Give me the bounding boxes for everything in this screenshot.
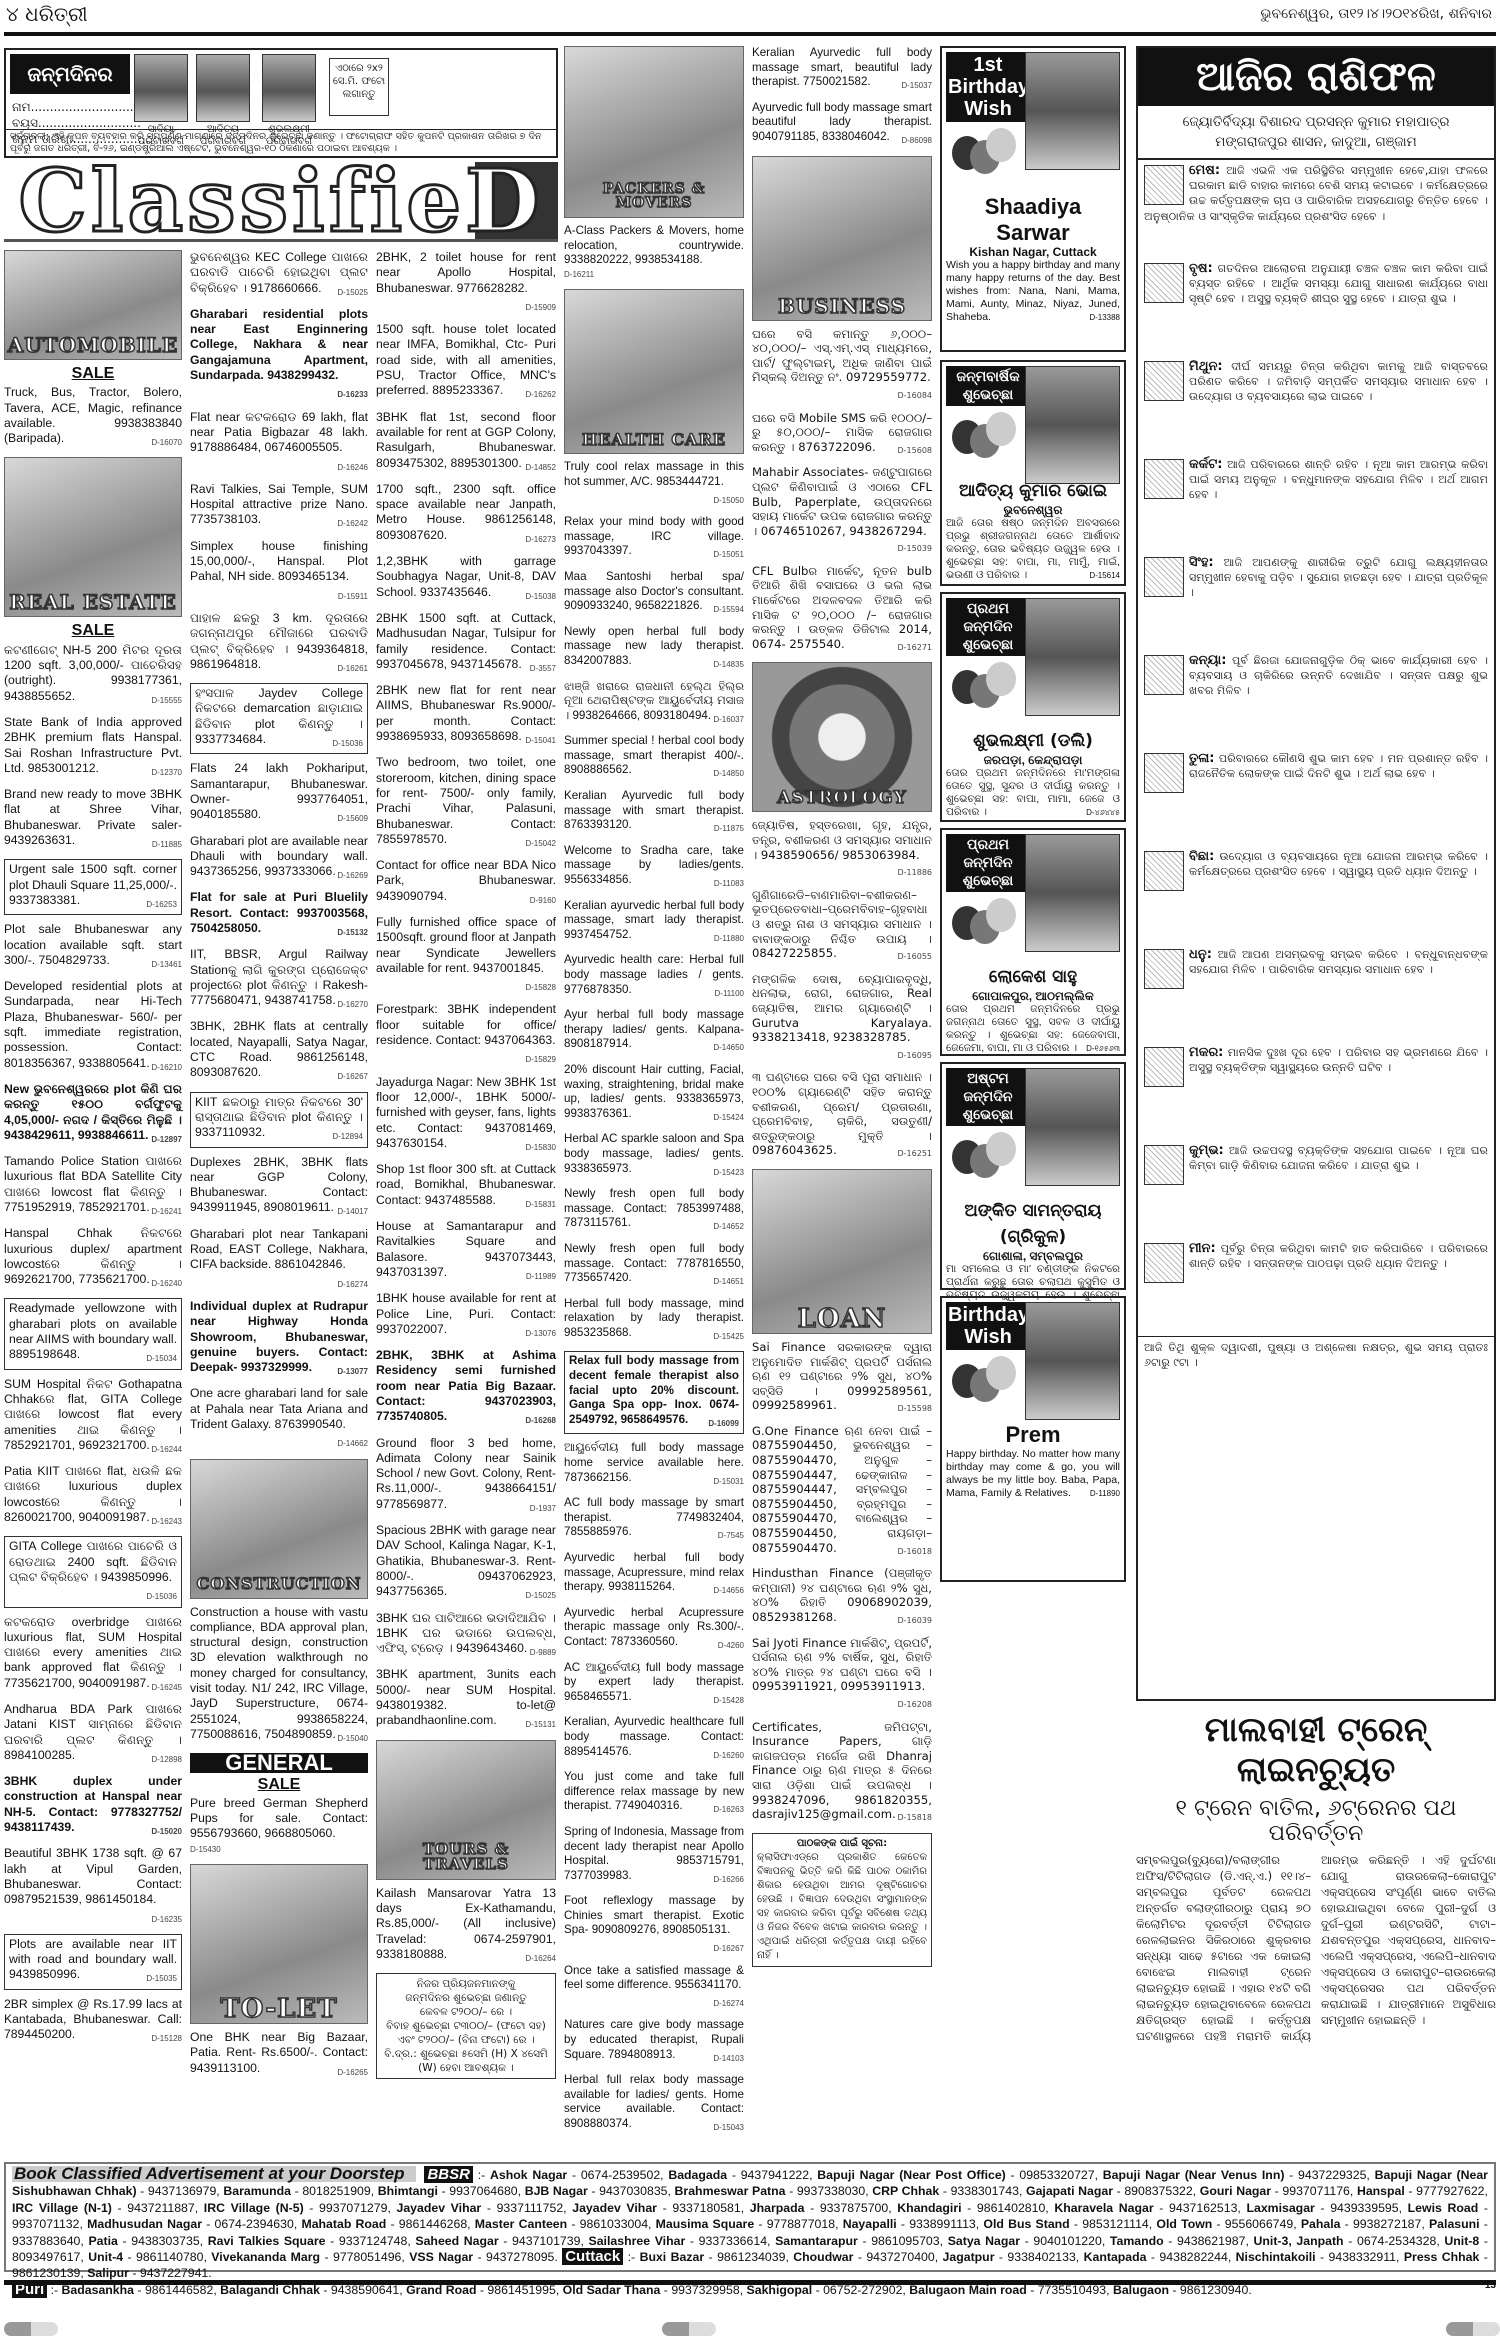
classified-ad: Hanspal Chhak ନିକଟରେ luxurious duplex/ a… (4, 1226, 182, 1291)
wish-tag: ଜନ୍ମବାର୍ଷିକ ଶୁଭେଚ୍ଛା (946, 366, 1030, 406)
classified-ad: Developed residential plots at Sundarpad… (4, 979, 182, 1075)
classified-ad: Patia KIIT ପାଖରେ flat, ଧଉଳି ଛକ ପାଖରେ lux… (4, 1464, 182, 1529)
classified-ad: Fully furnished office space of 1500sqft… (376, 915, 556, 995)
zodiac-icon (1144, 949, 1184, 989)
page-label: ୪ ଧରିତ୍ରୀ (6, 2, 88, 26)
real-estate-banner: REAL ESTATE (4, 457, 182, 617)
sale-heading: SALE (4, 366, 182, 381)
zodiac-sign-entry: ମୀନ: ପୂର୍ବରୁ ଚିନ୍ତା କରିଥିବା କାମଟି ହାତ କର… (1138, 1238, 1494, 1336)
classified-ad: Hindusthan Finance (ପଞ୍ଜୀକୃତ କମ୍ପାନୀ) ୨୪… (752, 1566, 932, 1628)
birthday-wish-card: ପ୍ରଥମ ଜନ୍ମଦିନ ଶୁଭେଚ୍ଛାଲୋକେଶ ସାହୁଗୋପାଳପୁର… (940, 828, 1126, 1056)
sign-name: କର୍କଟ: (1189, 457, 1222, 472)
child-photo (1025, 366, 1120, 484)
classified-masthead: ClassifieD (4, 162, 558, 242)
zodiac-sign-entry: ମିଥୁନ: ଦୀର୍ଘ ସମୟରୁ ଚିନ୍ତା କରିଥିବା କାମକୁ … (1138, 356, 1494, 454)
scroll-indicator[interactable] (662, 2322, 716, 2336)
horoscope-box: ଆଜିର ରାଶିଫଳ ଜ୍ୟୋତିର୍ବିଦ୍ୟା ବିଶାରଦ ପ୍ରସନ୍… (1136, 46, 1496, 1701)
classified-ad: କଟଣୀଗେଟ୍ NH-5 200 ମିଟର ଦୂରତା 1200 sqft. … (4, 643, 182, 708)
notice-line: ଜନ୍ମଦିନର ଶୁଭେଚ୍ଛା ଜଣାନ୍ତୁ (381, 1991, 551, 2005)
classified-ad: Herbal AC sparkle saloon and Spa body ma… (564, 1132, 744, 1180)
zodiac-sign-entry: ତୁଳା: ପରିବାରରେ କୌଣସି ଶୁଭ କାମ ହେବ । ମନ ପ୍… (1138, 748, 1494, 846)
classified-ad: Certificates, ଜମିପଟ୍ଟା, Insurance Papers… (752, 1720, 932, 1826)
scroll-indicator[interactable] (4, 2322, 58, 2336)
classified-ad: 2BHK 1500 sqft. at Cuttack, Madhusudan N… (376, 611, 556, 676)
balloons-icon (952, 412, 1022, 472)
classified-ad: Plots are available near IIT with road a… (4, 1934, 182, 1990)
classified-ad: 20% discount Hair cutting, Facial, waxin… (564, 1063, 744, 1125)
sign-name: ସିଂହ: (1189, 555, 1214, 570)
notice-line: ଏବଂ ଟ୨୦୦/– (ବିନା ଫଟୋ) ରେ । (381, 2033, 551, 2047)
wish-tag: ପ୍ରଥମ ଜନ୍ମଦିନ ଶୁଭେଚ୍ଛା (946, 598, 1030, 656)
sign-name: ମକର: (1189, 1045, 1223, 1060)
classified-ad: New ଭୁବନେଶ୍ୱରରେ plot କିଣି ଘର କରନ୍ତୁ ୧୫୦୦… (4, 1082, 182, 1147)
zodiac-sign-entry: ମେଷ: ଆଜି ଏଭଳି ଏକ ପରିସ୍ଥିତିର ସମ୍ମୁଖୀନ ହେବ… (1138, 160, 1494, 258)
sign-name: ମୀନ: (1189, 1241, 1216, 1256)
classified-ad: କଟକରୋଡ overbridge ପାଖରେ luxurious flat, … (4, 1615, 182, 1695)
ad-list: Sai Finance ସରକାରଙ୍କ ଦ୍ୱାରା ଅନୁମୋଦିତ ମାର… (752, 1340, 932, 1826)
classified-ad: Spring of Indonesia, Massage from decent… (564, 1825, 744, 1887)
child-place: Kishan Nagar, Cuttack (946, 246, 1120, 259)
wish-message: Wish you a happy birthday and many many … (946, 259, 1120, 324)
classified-ad: 3BHK duplex under construction at Hanspa… (4, 1774, 182, 1839)
classified-ad: 1700 sqft., 2300 sqft. office space avai… (376, 482, 556, 547)
classified-ad: Foot reflexlogy massage by Chinies smart… (564, 1894, 744, 1956)
construction-banner: CONSTRUCTION (190, 1459, 368, 1599)
sale-heading: SALE (4, 623, 182, 638)
birthday-coupon: ଜନ୍ମଦିନର ଶୁଭେଚ୍ଛା ନାମ...................… (4, 48, 558, 158)
zodiac-icon (1144, 459, 1184, 499)
sign-text: ଆଜି ଉଚ୍ଚପଦସ୍ଥ ବ୍ୟକ୍ତିଙ୍କ ସହଯୋଗ ପାଇବେ । ନ… (1189, 1144, 1488, 1172)
wish-message: Happy birthday. No matter how many birth… (946, 1448, 1120, 1500)
tours-travels-banner: TOURS & TRAVELS (376, 1740, 556, 1880)
classified-ad: A-Class Packers & Movers, home relocatio… (564, 224, 744, 282)
classified-ad: 2BHK new flat for rent near AIIMS, Bhuba… (376, 683, 556, 748)
classified-ad: 3BHK ଘର ପାଟିଆରେ ଭଡାଦିଆଯିବ । 1BHK ଘର ଭଡାର… (376, 1611, 556, 1661)
classified-ad: ମଙ୍ଗଳିକ ଦୋଷ, ବ୍ୟୋପାରବୃଦ୍ଧି, ଧନଲାଭ, ରୋଗ, … (752, 972, 932, 1064)
zodiac-sign-entry: କନ୍ୟା: ପୂର୍ବ ଛିରଜା ଯୋଜନାଗୁଡ଼ିକ ଠିକ୍ ଭାବେ… (1138, 650, 1494, 748)
classified-ad: Readymade yellowzone with gharabari plot… (4, 1298, 182, 1369)
classified-ad: AC full body massage by smart therapist.… (564, 1496, 744, 1544)
news-headline: ମାଲବାହୀ ଟ୍ରେନ୍ ଲାଇନଚ୍ୟୁତ (1136, 1710, 1496, 1790)
classified-ad: Natures care give body massage by educat… (564, 2018, 744, 2066)
zodiac-sign-entry: ବୃଷ: ଗତଦିନର ଆଲୋଚନା ଅନୁଯାୟୀ ଚଞ୍ଚଳ ଚଞ୍ଚଳ କ… (1138, 258, 1494, 356)
child-place: ଭୁବନେଶ୍ୱର (946, 504, 1120, 517)
zodiac-icon (1144, 1145, 1184, 1185)
child-name: Prem (946, 1422, 1120, 1448)
wish-tag: Birthday Wish (946, 1302, 1030, 1350)
classified-ad: ୩ ଘଣ୍ଟାରେ ଘରେ ବସି ପୂରା ସମାଧାନ । ୧୦୦% ଗ୍ୟ… (752, 1070, 932, 1162)
book-classified-label: Book Classified Advertisement at your Do… (12, 2166, 416, 2182)
classified-ad: Two bedroom, two toilet, one storeroom, … (376, 755, 556, 851)
child-place: ଗୋଶାଳା, ସମ୍ବଲପୁର (946, 1250, 1120, 1263)
packers-movers-banner: PACKERS & MOVERS (564, 46, 744, 218)
to-let-banner: TO-LET (190, 1864, 368, 2024)
booking-centres: Book Classified Advertisement at your Do… (4, 2162, 1496, 2272)
child-name: Shaadiya Sarwar (946, 194, 1120, 246)
ad-list: କଟଣୀଗେଟ୍ NH-5 200 ମିଟର ଦୂରତା 1200 sqft. … (4, 643, 182, 2047)
sign-name: ବୃଷ: (1189, 261, 1213, 276)
ad-list: Keralian Ayurvedic full body massage sma… (752, 46, 932, 149)
column-5: Keralian Ayurvedic full body massage sma… (752, 46, 932, 1967)
classified-ad: Gharabari residential plots near East En… (190, 307, 368, 403)
zodiac-icon (1144, 1047, 1184, 1087)
sign-text: ଉଦ୍ୟୋଗ ଓ ବ୍ୟବସାୟରେ ନୂଆ ଯୋଜନା ଆରମ୍ଭ କରିବେ… (1189, 850, 1488, 878)
business-banner: BUSINESS (752, 156, 932, 321)
city-label-cuttack: Cuttack (562, 2248, 623, 2265)
column-4: PACKERS & MOVERS A-Class Packers & Mover… (564, 46, 744, 2143)
classified-ad: Herbal full relax body massage available… (564, 2073, 744, 2135)
classified-ad: Keralian Ayurvedic full body massage sma… (752, 46, 932, 94)
dateline: ଭୁବନେଶ୍ୱର, ତା୧୨।୪।୨୦୧୪ରିଖ, ଶନିବାର (1261, 6, 1492, 22)
zodiac-sign-entry: ବିଛା: ଉଦ୍ୟୋଗ ଓ ବ୍ୟବସାୟରେ ନୂଆ ଯୋଜନା ଆରମ୍ଭ… (1138, 846, 1494, 944)
ad-list: ଜ୍ୟୋତିଷ, ହସ୍ତରେଖା, ଗୃହ, ଯନ୍ତ୍ର, ତନ୍ତ୍ର, … (752, 818, 932, 1161)
classified-ad: GITA College ପାଖରେ ପାଚେରି ଓ ରୋଡଥାଇ 2400 … (4, 1536, 182, 1607)
notice-line: ବି.ଦ୍ର.: ଶୁଭେଚ୍ଛା ୫ସେମି (H) X ୪ସେମି (381, 2047, 551, 2061)
coupon-title: ଜନ୍ମଦିନର ଶୁଭେଚ୍ଛା (10, 54, 130, 94)
classified-ad: Truck, Bus, Tractor, Bolero, Tavera, ACE… (4, 385, 182, 450)
classified-ad: State Bank of India approved 2BHK premiu… (4, 715, 182, 780)
classified-ad: Individual duplex at Rudrapur near Highw… (190, 1299, 368, 1379)
zodiac-icon (1144, 753, 1184, 793)
zodiac-icon (1144, 557, 1184, 597)
wish-message: ଆଜି ତୋର ଷଷ୍ଠ ଜନ୍ମଦିନ ଅବସରରେ ପ୍ରଭୁ ଶ୍ରୀଜଗ… (946, 517, 1120, 582)
kid-photo (134, 54, 188, 122)
child-name: ଲୋକେଶ ସାହୁ (946, 964, 1120, 990)
classified-ad: Newly open herbal full body massage new … (564, 625, 744, 673)
classified-ad: You just come and take full difference r… (564, 1770, 744, 1818)
classified-ad: 1500 sqft. house tolet located near IMFA… (376, 322, 556, 402)
classified-ad: Keralian, Ayurvedic healthcare full body… (564, 1715, 744, 1763)
classified-ad: ଆୟୁର୍ବେଦୀୟ full body massage home servic… (564, 1441, 744, 1489)
wish-message: ତୋର ପ୍ରଥମ ଜନ୍ମଦିନରେ ମା'ମଙ୍ଗଳା ତୋତେ ସୁସ୍ଥ… (946, 767, 1120, 819)
classified-ad: Brand new ready to move 3BHK flat at Shr… (4, 787, 182, 852)
classified-ad: Shop 1st floor 300 sft. at Cuttack road,… (376, 1162, 556, 1212)
balloons-icon (952, 898, 1022, 958)
classified-ad: Gharabari plot near Tankapani Road, EAST… (190, 1227, 368, 1292)
general-heading: GENERAL (190, 1753, 368, 1772)
classified-ad: Keralian Ayurvedic full body massage wit… (564, 789, 744, 837)
news-body: ସମ୍ବଲପୁର(ବ୍ୟୁରୋ)/ବଲାଙ୍ଗୀର ଅଫିସ/ଟିଟିଲାଗଡ … (1136, 1852, 1496, 2044)
ad-list: ଘରେ ବସି କମାନ୍ତୁ ୬,୦୦୦– ୪୦,୦୦୦/– ଏସ୍.ଏମ୍.… (752, 327, 932, 656)
automobile-banner: AUTOMOBILE (4, 250, 182, 360)
ad-list: ଭୁବନେଶ୍ୱର KEC College ପାଖରେ ଘରବାଡି ପାଚେର… (190, 250, 368, 1452)
classified-ad: ପାହାଳ ଛକରୁ 3 km. ଦୂରତାରେ ଜଗନ୍ନାଥପୁର ମୌଜା… (190, 611, 368, 676)
classified-ad: AC ଆୟୁର୍ବେଦୀୟ full body massage by exper… (564, 1661, 744, 1709)
notice-line: କେବଳ ଟ୨୦୦/– ରେ । (381, 2005, 551, 2019)
classified-ad: Pure breed German Shepherd Pups for sale… (190, 1796, 368, 1857)
zodiac-sign-entry: କର୍କଟ: ଆଜି ପରିବାରରେ ଶାନ୍ତି ରହିବ । ନୂଆ କା… (1138, 454, 1494, 552)
ad-list: Truly cool relax massage in this hot sum… (564, 460, 744, 2135)
zodiac-icon (1144, 1243, 1184, 1283)
classified-ad: 2BHK, 3BHK at Ashima Residency semi furn… (376, 1348, 556, 1428)
classified-ad: ଘରେ ବସି Mobile SMS କରି ୧୦୦୦/– ରୁ ୫୦,୦୦୦/… (752, 411, 932, 459)
zodiac-sign-entry: ମକର: ମାନସିକ ଦୁଃଖ ଦୂର ହେବ । ପରିବାର ସହ ଭ୍ର… (1138, 1042, 1494, 1140)
classified-ad: Jayadurga Nagar: New 3BHK 1st floor 12,0… (376, 1075, 556, 1155)
classified-ad: Flat for sale at Puri Bluelily Resort. C… (190, 890, 368, 940)
classified-ad: Ground floor 3 bed home, Adimata Colony … (376, 1436, 556, 1516)
sign-text: ଆଜି ଆପଣଙ୍କୁ ଶାରୀରିକ ତ୍ରୁଟି ଯୋଗୁ ଲକ୍ଷ୍ୟହୀ… (1189, 556, 1488, 599)
photo-placeholder: ଏଠାରେ ୨x୨ ସେ.ମି. ଫଟୋ ଲଗାନ୍ତୁ (329, 58, 389, 116)
classified-ad: 1BHK house available for rent at Police … (376, 1291, 556, 1341)
classified-ad: KIIT ଛକଠାରୁ ମାତ୍ର ନିକଟରେ 30' ରାସ୍ତାଥାଇ ଛ… (190, 1092, 368, 1148)
sign-text: ଦୀର୍ଘ ସମୟରୁ ଚିନ୍ତା କରିଥିବା କାମକୁ ଆଜି ବାସ… (1189, 360, 1488, 403)
classified-ad: Contact for office near BDA Nico Park, B… (376, 858, 556, 908)
classified-ad: Simplex house finishing 15,00,000/-, Han… (190, 539, 368, 604)
ad-list: 2BHK, 2 toilet house for rent near Apoll… (376, 250, 556, 1733)
classified-ad: Ayur herbal full body massage therapy la… (564, 1008, 744, 1056)
balloons-icon (952, 1132, 1022, 1192)
classified-ad: G.One Finance ଋଣ ନେବା ପାଇଁ – 08755904450… (752, 1424, 932, 1559)
footer-rule (4, 2280, 1496, 2285)
wish-tag: 1st Birthday Wish (946, 52, 1030, 122)
classified-ad: ଭୁବନେଶ୍ୱର KEC College ପାଖରେ ଘରବାଡି ପାଚେର… (190, 250, 368, 300)
classified-ad: Forestpark: 3BHK independent floor suita… (376, 1002, 556, 1067)
astrology-banner: ASTROLOGY (752, 662, 932, 812)
classified-ad: SUM Hospital ନିକଟ Gothapatna Chhakରେ fla… (4, 1377, 182, 1457)
birthday-wish-card: Birthday WishPremHappy birthday. No matt… (940, 1296, 1126, 1582)
classified-ad: Flat near କଟକରୋଡ 69 lakh, flat near Pati… (190, 410, 368, 475)
classified-ad: House at Samantarapur and Ravitalkies Sq… (376, 1219, 556, 1284)
classified-ad: Ravi Talkies, Sai Temple, SUM Hospital a… (190, 482, 368, 532)
sign-name: ବିଛା: (1189, 849, 1214, 864)
classified-ad: 3BHK apartment, 3units each 5000/- near … (376, 1667, 556, 1732)
classified-ad: Sai Jyoti Finance ମାର୍କଶିଟ୍, ପ୍ରପର୍ଟି, ପ… (752, 1636, 932, 1713)
classified-ad: Newly fresh open full body massage. Cont… (564, 1187, 744, 1235)
child-name: ଅଙ୍କିତ ସାମନ୍ତରାୟ (ଗ୍ରିକୁଳ) (946, 1198, 1120, 1250)
classified-ad: ଗୁଣିଗାରେଡି–ବାଣମାରିବା–ବଶୀକରଣ–ଭୂତପ୍ରେତବାଧା… (752, 888, 932, 965)
classified-ad: Flats 24 lakh Pokhariput, Samantarapur, … (190, 761, 368, 826)
classified-ad: Beautiful 3BHK 1738 sqft. @ 67 lakh at V… (4, 1846, 182, 1926)
classified-ad: Summer special ! herbal cool body massag… (564, 734, 744, 782)
balloons-icon (952, 1356, 1022, 1416)
coupon-field-name: ନାମ............................. (12, 100, 141, 115)
birthday-wish-card: ଅଷ୍ଟମ ଜନ୍ମଦିନ ଶୁଭେଚ୍ଛାଅଙ୍କିତ ସାମନ୍ତରାୟ (… (940, 1062, 1126, 1290)
classified-ad: Maa Santoshi herbal spa/ massage also Do… (564, 570, 744, 618)
balloons-icon (952, 662, 1022, 722)
child-photo (1025, 52, 1120, 170)
zodiac-sign-entry: ସିଂହ: ଆଜି ଆପଣଙ୍କୁ ଶାରୀରିକ ତ୍ରୁଟି ଯୋଗୁ ଲକ… (1138, 552, 1494, 650)
classified-ad: Ayurvedic herbal Acupressure therapic ma… (564, 1606, 744, 1654)
column-3: 2BHK, 2 toilet house for rent near Apoll… (376, 250, 556, 2079)
classified-ad: Welcome to Sradha care, take massage by … (564, 844, 744, 892)
classified-ad: Truly cool relax massage in this hot sum… (564, 460, 744, 508)
classified-ad: Construction a house with vastu complian… (190, 1605, 368, 1747)
child-photo (1025, 1302, 1120, 1420)
classified-ad: Kailash Mansarovar Yatra 13 days Ex-Kath… (376, 1886, 556, 1966)
classified-ad: Newly fresh open full body massage. Cont… (564, 1242, 744, 1290)
classified-ad: ହଂସପାଳ Jaydev College ନିକଟରେ demarcation… (190, 683, 368, 754)
child-photo (1025, 1068, 1120, 1186)
birthday-wish-card: ପ୍ରଥମ ଜନ୍ମଦିନ ଶୁଭେଚ୍ଛାଶୁଭଲକ୍ଷ୍ମୀ (ଡଲି)ଜର… (940, 592, 1126, 822)
classified-ad: Relax full body massage from decent fema… (564, 1351, 744, 1434)
sign-name: କନ୍ୟା: (1189, 653, 1226, 668)
classified-ad: Plot sale Bhubaneswar any location avail… (4, 922, 182, 972)
classified-ad: Keralian ayurvedic herbal full body mass… (564, 899, 744, 947)
page-number: 13 (1485, 2280, 1496, 2291)
sign-text: ପୂର୍ବ ଛିରଜା ଯୋଜନାଗୁଡ଼ିକ ଠିକ୍ ଭାବେ କାର୍ଯ୍… (1189, 654, 1488, 697)
sign-text: ପରିବାରରେ କୌଣସି ଶୁଭ କାମ ହେବ । ମନ ପ୍ରଶାନ୍ତ… (1189, 752, 1488, 780)
child-place: ଗୋପାଳପୁର, ଆଠମଲ୍ଲିକ (946, 990, 1120, 1003)
classified-ad: Herbal full body massage, mind relaxatio… (564, 1297, 744, 1345)
scroll-indicator[interactable] (1446, 2322, 1500, 2336)
horoscope-title: ଆଜିର ରାଶିଫଳ (1138, 48, 1494, 106)
sign-name: ଧନୁ: (1189, 947, 1212, 962)
column-2: ଭୁବନେଶ୍ୱର KEC College ପାଖରେ ଘରବାଡି ପାଚେର… (190, 250, 368, 2087)
kid-photo (262, 54, 316, 122)
wish-message: ତୋର ପ୍ରଥମ ଜନ୍ମଦିନରେ ପ୍ରଭୁ ଜଗନ୍ନାଥ ତୋତେ ସ… (946, 1003, 1120, 1055)
classified-ad: Andharua BDA Park ପାଖରେ Jatani KIST ସାମ୍… (4, 1702, 182, 1767)
horoscope-note: ଆଜି ତିଥି ଶୁକ୍ଳ ଦ୍ୱାଦଶୀ, ପୁଷ୍ୟା ଓ ଅଶ୍ଳେଷା… (1138, 1336, 1494, 1373)
classified-ad: Sai Finance ସରକାରଙ୍କ ଦ୍ୱାରା ଅନୁମୋଦିତ ମାର… (752, 1340, 932, 1417)
news-subhead: ୧ ଟ୍ରେନ ବାତିଲ, ୬ଟ୍ରେନର ପଥ ପରିବର୍ତ୍ତନ (1136, 1796, 1496, 1846)
city-label-bbsr: BBSR (424, 2166, 473, 2183)
child-photo (1025, 834, 1120, 952)
child-photo (1025, 598, 1120, 716)
sign-name: କୁମ୍ଭ: (1189, 1143, 1224, 1158)
zodiac-icon (1144, 851, 1184, 891)
kid-photo (196, 54, 250, 122)
balloons-icon (952, 128, 1022, 188)
classified-ad: 3BHK, 2BHK flats at centrally located, N… (190, 1019, 368, 1084)
notice-line: ବିବାହ ଶୁଭେଚ୍ଛା ଟ୩୦୦/– (ଫଟୋ ସହ) (381, 2019, 551, 2033)
classified-ad: Urgent sale 1500 sqft. corner plot Dhaul… (4, 859, 182, 915)
column-1: AUTOMOBILE SALE Truck, Bus, Tractor, Bol… (4, 250, 182, 2054)
classified-ad: One BHK near Big Bazaar, Patia. Rent- Rs… (190, 2030, 368, 2080)
news-story: ମାଲବାହୀ ଟ୍ରେନ୍ ଲାଇନଚ୍ୟୁତ ୧ ଟ୍ରେନ ବାତିଲ, … (1136, 1710, 1496, 2044)
birthday-wish-card: ଜନ୍ମବାର୍ଷିକ ଶୁଭେଚ୍ଛାଆଦିତ୍ୟ କୁମାର ଭୋଇଭୁବନ… (940, 360, 1126, 586)
classified-ad: ଜ୍ୟୋତିଷ, ହସ୍ତରେଖା, ଗୃହ, ଯନ୍ତ୍ର, ତନ୍ତ୍ର, … (752, 818, 932, 880)
reader-notice: ପାଠକଙ୍କ ପାଇଁ ସୂଚନା: କ୍ଲାସିଫାଏଡ୍‌ରେ ପ୍ରକା… (752, 1833, 932, 1967)
classified-ad: 3BHK flat 1st, second floor available fo… (376, 410, 556, 475)
sign-list: ମେଷ: ଆଜି ଏଭଳି ଏକ ପରିସ୍ଥିତିର ସମ୍ମୁଖୀନ ହେବ… (1138, 160, 1494, 1336)
sign-name: ମେଷ: (1189, 163, 1220, 178)
classified-ad: CFL Bulbର ମାର୍କେଟ୍, ନୂତନ bulb ତିଆରି ଶିଖି… (752, 564, 932, 656)
child-place: ଜରପଡ଼ା, କେନ୍ଦ୍ରାପଡ଼ା (946, 754, 1120, 767)
classified-ad: IIT, BBSR, Argul Railway Stationକୁ ଲାଗି … (190, 947, 368, 1012)
sign-text: ଗତଦିନର ଆଲୋଚନା ଅନୁଯାୟୀ ଚଞ୍ଚଳ ଚଞ୍ଚଳ କାମ କର… (1189, 262, 1488, 305)
classified-ad: Ayurvedic herbal full body massage, Acup… (564, 1551, 744, 1599)
classified-ad: Relax your mind body with good massage, … (564, 515, 744, 563)
astrologer-byline: ଜ୍ୟୋତିର୍ବିଦ୍ୟା ବିଶାରଦ ପ୍ରସନ୍ନ କୁମାର ମହାପ… (1138, 106, 1494, 160)
wish-tag: ପ୍ରଥମ ଜନ୍ମଦିନ ଶୁଭେଚ୍ଛା (946, 834, 1030, 892)
health-care-banner: HEALTH CARE (564, 289, 744, 454)
classified-ad: Ayurvedic full body massage smart beauti… (752, 101, 932, 149)
notice-line: ନିଜର ପ୍ରିୟଜନମାନଙ୍କୁ (381, 1977, 551, 1991)
child-name: ଶୁଭଲକ୍ଷ୍ମୀ (ଡଲି) (946, 728, 1120, 754)
classified-ad: 2BHK, 2 toilet house for rent near Apoll… (376, 250, 556, 315)
classified-ad: ଘରେ ବସି କମାନ୍ତୁ ୬,୦୦୦– ୪୦,୦୦୦/– ଏସ୍.ଏମ୍.… (752, 327, 932, 404)
wish-tag: ଅଷ୍ଟମ ଜନ୍ମଦିନ ଶୁଭେଚ୍ଛା (946, 1068, 1030, 1126)
sign-name: ତୁଳା: (1189, 751, 1215, 766)
classified-ad: Mahabir Associates- ଜଣ୍ଟୁପାଗରେ ପ୍ଲଟ କିଣି… (752, 465, 932, 557)
classified-ad: Once take a satisfied massage & feel som… (564, 1964, 744, 2012)
notice-line: (W) ହେବା ଆବଶ୍ୟକ । (381, 2061, 551, 2075)
classified-ad: Duplexes 2BHK, 3BHK flats near GGP Colon… (190, 1155, 368, 1220)
classified-ad: ଝାଞ୍ଜି ଖରାରେ ରାଜଧାନୀ ହେଲ୍‌ଥ ହିଲ୍‌ର ନୂଆ ଥ… (564, 680, 744, 728)
classified-ad: One acre gharabari land for sale at Paha… (190, 1386, 368, 1451)
classified-ad: 1,2,3BHK with garrage Soubhagya Nagar, U… (376, 554, 556, 604)
zodiac-icon (1144, 165, 1184, 205)
zodiac-icon (1144, 655, 1184, 695)
classified-ad: Ayurvedic health care: Herbal full body … (564, 953, 744, 1001)
loan-banner: LOAN (752, 1169, 932, 1334)
sign-name: ମିଥୁନ: (1189, 359, 1223, 374)
birthday-wish-card: 1st Birthday WishShaadiya SarwarKishan N… (940, 46, 1126, 352)
classified-ad: Gharabari plot are available near Dhauli… (190, 834, 368, 884)
zodiac-icon (1144, 263, 1184, 303)
sign-text: ଆଜି ଆପଣ ଅସମ୍ଭବକୁ ସମ୍ଭବ କରିବେ । ବନ୍ଧୁବାନ୍… (1189, 948, 1488, 976)
sale-heading: SALE (190, 1777, 368, 1792)
classified-ad: Tamando Police Station ପାଖରେ luxurious f… (4, 1154, 182, 1219)
sign-text: ଆଜି ପରିବାରରେ ଶାନ୍ତି ରହିବ । ନୂଆ କାମ ଆରମ୍ଭ… (1189, 458, 1488, 501)
zodiac-sign-entry: ଧନୁ: ଆଜି ଆପଣ ଅସମ୍ଭବକୁ ସମ୍ଭବ କରିବେ । ବନ୍ଧ… (1138, 944, 1494, 1042)
header-rule (4, 32, 1496, 36)
classified-ad: Spacious 2BHK with garage near DAV Schoo… (376, 1523, 556, 1603)
greetings-rate-notice: ନିଜର ପ୍ରିୟଜନମାନଙ୍କୁଜନ୍ମଦିନର ଶୁଭେଚ୍ଛା ଜଣା… (376, 1973, 556, 2079)
zodiac-icon (1144, 361, 1184, 401)
zodiac-sign-entry: କୁମ୍ଭ: ଆଜି ଉଚ୍ଚପଦସ୍ଥ ବ୍ୟକ୍ତିଙ୍କ ସହଯୋଗ ପା… (1138, 1140, 1494, 1238)
classified-ad: 2BR simplex @ Rs.17.99 lacs at Kantabada… (4, 1997, 182, 2047)
sign-text: ମାନସିକ ଦୁଃଖ ଦୂର ହେବ । ପରିବାର ସହ ଭ୍ରମଣରେ … (1189, 1046, 1488, 1074)
sign-text: ପୂର୍ବରୁ ଚିନ୍ତା କରିଥିବା କାମଟି ହାତ କରିପାରି… (1189, 1242, 1488, 1270)
